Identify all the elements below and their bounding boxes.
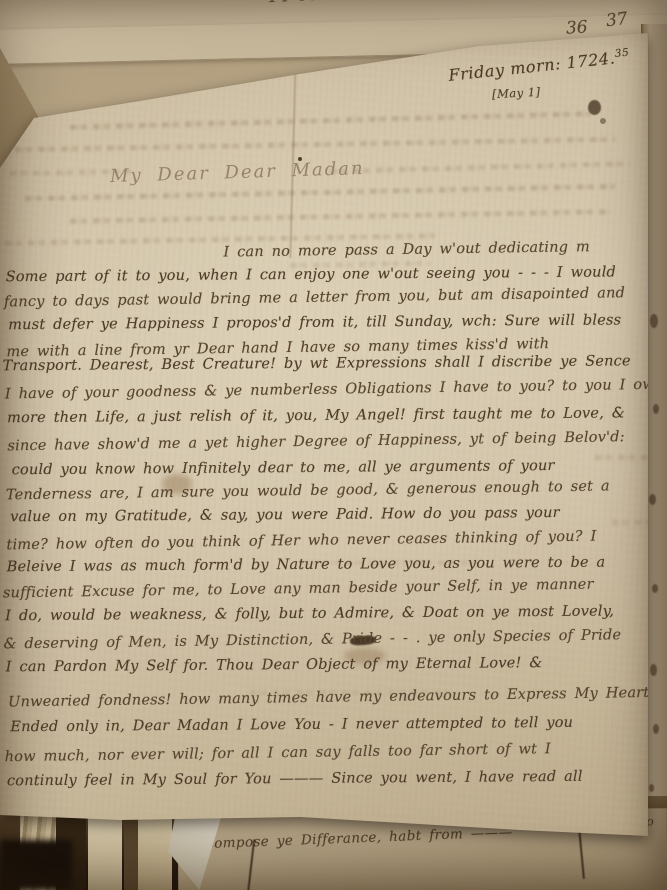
body-line: Beleive I was as much form'd by Nature t… bbox=[7, 555, 606, 576]
body-line: sufficient Excuse for me, to Love any ma… bbox=[3, 577, 594, 602]
letter-page: Friday morn: 1724.35 [May 1] My Dear Dea… bbox=[0, 0, 667, 890]
body-line: time? how often do you think of Her who … bbox=[6, 529, 596, 554]
body-line: value on my Gratitude, & say, you were P… bbox=[10, 505, 560, 525]
body-line: must defer ye Happiness I propos'd from … bbox=[8, 312, 621, 333]
body-line: continuly feel in My Soul for You ——— Si… bbox=[7, 769, 583, 790]
body-line: I do, would be weakness, & folly, but to… bbox=[5, 603, 614, 624]
letter-body: I can no more pass a Day w'out dedicatin… bbox=[0, 0, 667, 890]
body-line: I can no more pass a Day w'out dedicatin… bbox=[223, 239, 590, 260]
body-line: could you know how Infinitely dear to me… bbox=[12, 458, 555, 478]
letter-page-wrapper: Friday morn: 1724.35 [May 1] My Dear Dea… bbox=[0, 0, 667, 890]
body-line: since have show'd me a yet higher Degree… bbox=[7, 429, 625, 454]
body-line: Tenderness are, I am sure you would be g… bbox=[6, 478, 610, 503]
letter-photograph: 14 Tour 37 36 o compose ye Differance, h… bbox=[0, 0, 667, 890]
body-line: how much, nor ever will; for all I can s… bbox=[5, 741, 551, 765]
stain bbox=[528, 0, 554, 12]
body-line: fancy to days past would bring me a lett… bbox=[4, 285, 625, 310]
body-line: more then Life, a just relish of it, you… bbox=[7, 405, 625, 426]
body-line: & deserving of Men, is My Distinction, &… bbox=[3, 627, 621, 652]
body-line: Ended only in, Dear Madan I Love You - I… bbox=[10, 715, 573, 735]
body-line: Unwearied fondness! how many times have … bbox=[8, 685, 654, 711]
body-line: I have of your goodness & ye numberless … bbox=[5, 377, 664, 403]
body-line: I can Pardon My Self for. Thou Dear Obje… bbox=[6, 655, 543, 675]
body-line: Some part of it to you, when I can enjoy… bbox=[6, 264, 616, 285]
